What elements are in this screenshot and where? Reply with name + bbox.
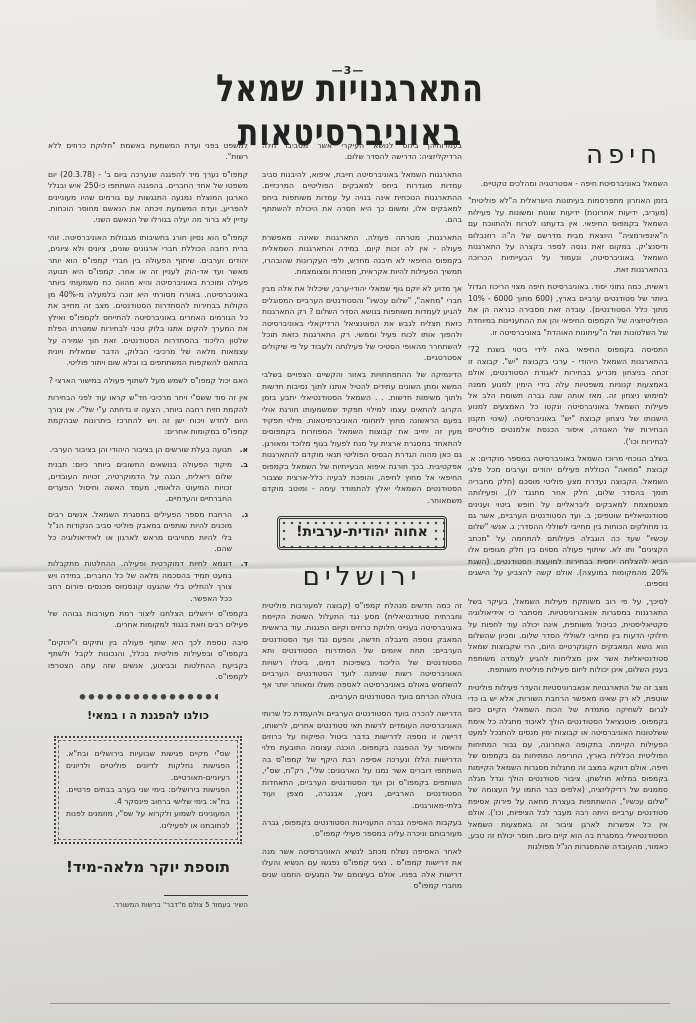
list-item: ד. דוגמא לחיות דמוקרטית ופעילה. ההחלטות … bbox=[48, 558, 248, 604]
article-paragraph: בעמדותיהן ביחס לנושא העיקרי אשר מסביבו ח… bbox=[262, 140, 462, 163]
section-title-haifa: חיפה bbox=[468, 138, 668, 172]
article-paragraph: בעקבות האסיפה גברה התעניינות הסטודנטים ב… bbox=[262, 817, 462, 840]
list-marker: א. bbox=[236, 444, 248, 455]
column-haifa: חיפה השמאל באוניברסיטת חיפה - אסטרטגיה ו… bbox=[468, 138, 668, 859]
list-marker: ד. bbox=[236, 558, 248, 604]
article-paragraph: סיבה נוספת לכך היא שתוף פעולה בין ותיקים… bbox=[48, 637, 248, 683]
article-paragraph: קמפו"ס נערך מיד להפגנה שנערכה ביום ב' - … bbox=[48, 169, 248, 226]
article-paragraph: קמפו"ס הוא נסיון חורג בחשיבותו מגבולות ה… bbox=[48, 232, 248, 369]
list-item: ג. הרחבת מספר הפעילים במסגרת השמאל. אנשי… bbox=[48, 509, 248, 555]
article-paragraph: התארגנות, מטרתה פעולה. התארגנות שאינה מא… bbox=[262, 232, 462, 278]
column-left: למשפט בפני ועדת המשמעת באשמת "חלוקת כרוז… bbox=[48, 140, 248, 912]
notice-line: המעונינים לשמוע ולקרוא על שס"י, מוזמנים … bbox=[66, 808, 230, 832]
article-paragraph: ראשית, כמה נתוני יסוד. באוניברסיטת חיפה … bbox=[468, 281, 668, 338]
slogan-banner-text: אחוה יהודית-ערבית! bbox=[290, 525, 434, 540]
page-bottom-edge bbox=[50, 1003, 670, 1004]
article-paragraph: הדרישה להכרה בועד הסטודנטים הערביים ולהע… bbox=[262, 708, 462, 811]
section-title-jerusalem: ירושלים bbox=[262, 560, 462, 594]
decorative-ornament-divider bbox=[78, 692, 218, 700]
notice-line: הפגישות בירושלים: בימי שני בערב בבתים פר… bbox=[66, 784, 230, 808]
page-corner-shadow bbox=[656, 0, 696, 40]
slogan-banner-box: אחוה יהודית-ערבית! bbox=[277, 516, 447, 549]
list-item: ב. מיקוד הפעולה בנושאים החשובים ביותר כי… bbox=[48, 459, 248, 505]
article-paragraph: בקמפו"ס ירושלים הצלחנו ליצור רמת מעורבות… bbox=[48, 608, 248, 631]
article-paragraph: אין זה סוד ששס"י ויתר מרכיבי חד"ש קראו ע… bbox=[48, 392, 248, 438]
article-paragraph: בשלב הנוכחי מרוכז השמאל באוניברסיטה במספ… bbox=[468, 453, 668, 590]
list-text: מיקוד הפעולה בנושאים החשובים ביותר כיום:… bbox=[48, 459, 232, 505]
meetings-notice-box: שס"י מקיים פגישות שבועיות בירושלים ובת"א… bbox=[54, 736, 242, 844]
notice-line: שס"י מקיים פגישות שבועיות בירושלים ובת"א… bbox=[66, 748, 230, 784]
column-middle: בעמדותיהן ביחס לנושא העיקרי אשר מסביבו ח… bbox=[262, 140, 462, 897]
divider-rule bbox=[164, 895, 248, 896]
article-paragraph: לסיכך, על פי רוב משותקת פעילות השמאל, בע… bbox=[468, 596, 668, 676]
article-paragraph: הדינמיקה של ההתפתחויות באזור והקשיים הצפ… bbox=[262, 369, 462, 506]
list-marker: ג. bbox=[236, 509, 248, 555]
article-paragraph: השמאל באוניברסיטת חיפה - אסטרטגיה ומהלכי… bbox=[468, 178, 668, 189]
article-paragraph: התסיסה בקמפוס החיפאי באה לידי ביטוי בשנת… bbox=[468, 344, 668, 447]
article-paragraph: בזמן האחרון מתפרסמות בעיתונות הישראלית ה… bbox=[468, 195, 668, 275]
article-paragraph: אך מדוע לא יוקם גוף שמאלי יהודי-ערבי, שי… bbox=[262, 283, 462, 363]
article-paragraph: מצב זה של התארגנויות אנאברוניסטיות והעדר… bbox=[468, 682, 668, 853]
article-paragraph: התארגנות השמאל באוניברסיטה חייבת, איפוא,… bbox=[262, 169, 462, 226]
list-marker: ב. bbox=[236, 459, 248, 505]
article-paragraph: זה כמה חדשים מנהלת קמפו"ס (קבוצה למעורבו… bbox=[262, 600, 462, 703]
list-item: א. תנועה בעלת שורשים הן בציבור היהודי וה… bbox=[48, 444, 248, 455]
list-text: הרחבת מספר הפעילים במסגרת השמאל. אנשים ר… bbox=[48, 509, 232, 555]
photo-credit: השיר בעמוד 5 צולם מ"דבר" ברשות המשורר. bbox=[48, 900, 248, 911]
may-day-slogan: כולנו להפגנת ה ו במאי! bbox=[48, 710, 248, 721]
article-paragraph: לאחר האסיפה נשלח מכתב לנשיא האוניברסיטה … bbox=[262, 846, 462, 892]
article-paragraph: למשפט בפני ועדת המשמעת באשמת "חלוקת כרוז… bbox=[48, 140, 248, 163]
list-text: תנועה בעלת שורשים הן בציבור היהודי והן ב… bbox=[50, 444, 232, 455]
list-text: דוגמא לחיות דמוקרטית ופעילה. ההחלטות מתק… bbox=[48, 558, 232, 604]
newspaper-page: —3— התארגנויות שמאל באוניברסיטאות חיפה ה… bbox=[0, 0, 696, 1023]
article-paragraph: האם יכול קמפו"ס לשמש מעל לשתוף פעולה במי… bbox=[48, 375, 248, 386]
cost-of-living-slogan: תוספת יוקר מלאה-מיד! bbox=[48, 862, 248, 873]
